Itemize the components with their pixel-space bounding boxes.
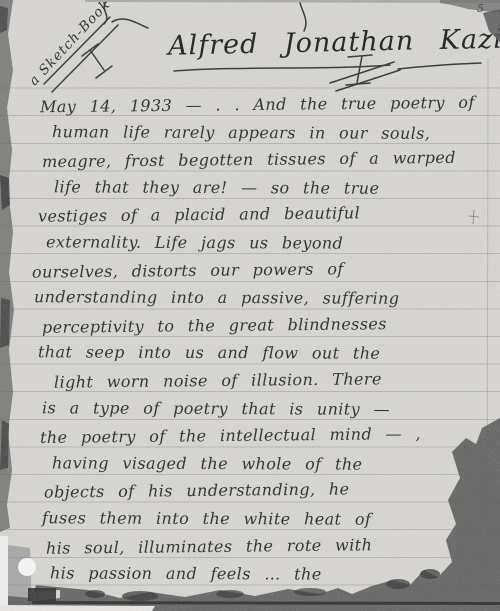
manuscript-line: having visaged the whole of the [52, 453, 363, 474]
manuscript-line: perceptivity to the great blindnesses [42, 314, 387, 338]
manuscript-line: his soul, illuminates the rote with [46, 535, 372, 558]
manuscript-line: human life rarely appears in our souls, [52, 122, 430, 144]
manuscript-body: May 14, 1933 — . . And the true poetry o… [0, 0, 500, 611]
page-number: 5 [477, 2, 484, 15]
manuscript-line: is a type of poetry that is unity — [42, 398, 390, 420]
manuscript-line: vestiges of a placid and beautiful [38, 203, 360, 226]
manuscript-line: fuses them into the white heat of [42, 508, 371, 529]
scanned-manuscript-page: a Sketch-Book Alfred Jonathan Kazin 5 Ma… [0, 0, 500, 611]
manuscript-line: ourselves, distorts our powers of [32, 259, 344, 282]
manuscript-line: meagre, frost begotten tissues of a warp… [42, 148, 456, 172]
manuscript-line: May 14, 1933 — . . And the true poetry o… [40, 93, 475, 118]
manuscript-line: objects of his understanding, he [44, 479, 350, 502]
manuscript-line: life that they are! — so the true [54, 177, 379, 198]
manuscript-line: the poetry of the intellectual mind — , [40, 424, 421, 448]
manuscript-line: understanding into a passive, suffering [34, 287, 399, 309]
manuscript-line: light worn noise of illusion. There [54, 369, 382, 392]
manuscript-line: that seep into us and flow out the [38, 342, 380, 363]
manuscript-line: externality. Life jags us beyond [46, 232, 343, 253]
manuscript-line: his passion and feels … the [50, 563, 322, 584]
